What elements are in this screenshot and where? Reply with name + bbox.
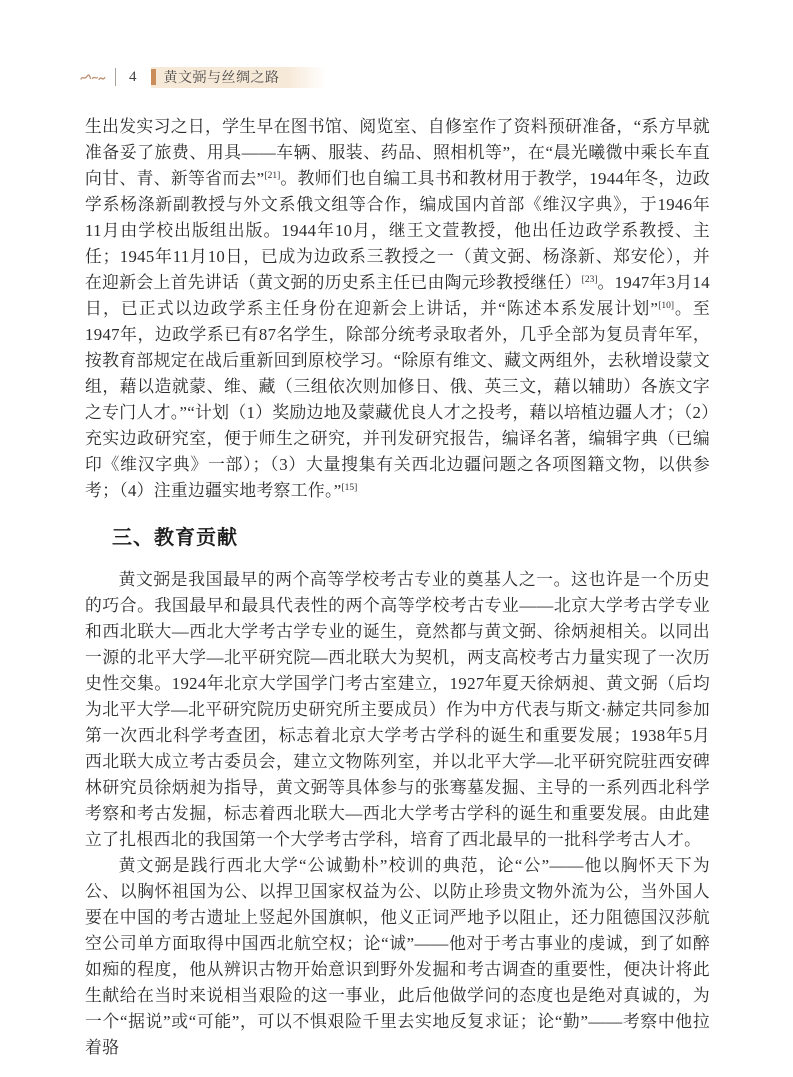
book-page: 4 黄文弼与丝绸之路 生出发实习之日，学生早在图书馆、阅览室、自修室作了资料预研… bbox=[0, 0, 793, 1077]
running-title: 黄文弼与丝绸之路 bbox=[164, 67, 280, 87]
title-accent-bar bbox=[151, 69, 156, 85]
section-heading: 三、教育贡献 bbox=[112, 524, 710, 552]
publisher-signature-icon bbox=[80, 71, 106, 83]
page-header: 4 黄文弼与丝绸之路 bbox=[80, 66, 710, 88]
page-body: 生出发实习之日，学生早在图书馆、阅览室、自修室作了资料预研准备，“系方早就准备妥… bbox=[85, 114, 710, 1061]
page-number: 4 bbox=[129, 69, 137, 86]
paragraph-archaeology-founding: 黄文弼是我国最早的两个高等学校考古专业的奠基人之一。这也许是一个历史的巧合。我国… bbox=[85, 567, 710, 853]
paragraph-continuation: 生出发实习之日，学生早在图书馆、阅览室、自修室作了资料预研准备，“系方早就准备妥… bbox=[85, 114, 710, 504]
running-title-strip: 黄文弼与丝绸之路 bbox=[151, 67, 326, 88]
header-divider bbox=[115, 68, 116, 86]
paragraph-school-motto: 黄文弼是践行西北大学“公诚勤朴”校训的典范，论“公”——他以胸怀天下为公、以胸怀… bbox=[85, 853, 710, 1061]
